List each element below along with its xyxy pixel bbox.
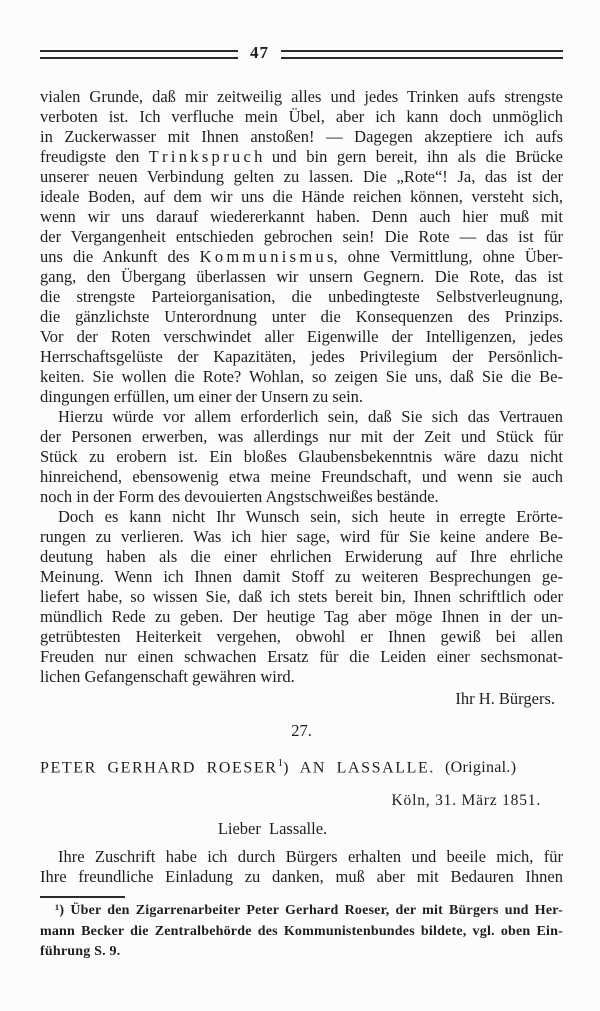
text-line: getrübtesten Heiterkeit vergehen, obwohl… bbox=[40, 627, 563, 647]
text-line: rungen zu verlieren. Was ich hier sage, … bbox=[40, 527, 563, 547]
text-line: Vor der Roten verschwindet aller Eigenwi… bbox=[40, 327, 563, 347]
text-line: freudigste den T r i n k s p r u c h und… bbox=[40, 147, 563, 167]
text-line: unserer neuen Verbindung gelten zu lasse… bbox=[40, 167, 563, 187]
letter-buergers-body: vialen Grunde, daß mir zeitweilig alles … bbox=[40, 87, 563, 687]
text-line: keiten. Sie wollen die Rote? Wohlan, so … bbox=[40, 367, 563, 387]
text-line: Herrschaftsgelüste der Kapazitäten, jede… bbox=[40, 347, 563, 367]
text-line: in Zuckerwasser mit Ihnen anstoßen! — Da… bbox=[40, 127, 563, 147]
letter-heading-sender: PETER GERHARD ROESER bbox=[40, 759, 278, 776]
letter-heading-original-note: (Original.) bbox=[445, 759, 516, 776]
paragraph: Doch es kann nicht Ihr Wunsch sein, sich… bbox=[40, 507, 563, 687]
letter-roeser-body: Ihre Zuschrift habe ich durch Bürgers er… bbox=[40, 847, 563, 887]
text-line: wenn wir uns darauf wiedererkannt haben.… bbox=[40, 207, 563, 227]
text-line: die gänzlichste Unterordnung unter die K… bbox=[40, 307, 563, 327]
text-line: die strengste Parteiorganisation, die un… bbox=[40, 287, 563, 307]
text-line: Hierzu würde vor allem erforderlich sein… bbox=[40, 407, 563, 427]
footnote-separator-rule bbox=[40, 896, 125, 898]
header-rule-right bbox=[281, 50, 563, 59]
text-line: führung S. 9. bbox=[40, 942, 563, 963]
text-line: gang, den Übergang überlassen wir unsern… bbox=[40, 267, 563, 287]
paragraph: Hierzu würde vor allem erforderlich sein… bbox=[40, 407, 563, 507]
text-line: liefert habe, so wissen Sie, daß ich ste… bbox=[40, 587, 563, 607]
running-head: 47 bbox=[40, 44, 563, 64]
text-line: Stück zu erobern ist. Ein bloßes Glauben… bbox=[40, 447, 563, 467]
text-line: ¹) Über den Zigarrenarbeiter Peter Gerha… bbox=[40, 901, 563, 922]
text-line: verboten ist. Ich verfluche mein Übel, a… bbox=[40, 107, 563, 127]
salutation: Lieber Lassalle. bbox=[40, 819, 505, 839]
text-line: der Vergangenheit entschieden gebrochen … bbox=[40, 227, 563, 247]
text-line: Ihre Zuschrift habe ich durch Bürgers er… bbox=[40, 847, 563, 867]
text-line: hinreichend, ebensowenig etwa meine Freu… bbox=[40, 467, 563, 487]
paragraph: vialen Grunde, daß mir zeitweilig alles … bbox=[40, 87, 563, 407]
header-rule-left bbox=[40, 50, 238, 59]
text-line: Meinung. Wenn ich Ihnen damit Stoff zu w… bbox=[40, 567, 563, 587]
text-line: Freuden nur einen schwachen Ersatz für d… bbox=[40, 647, 563, 667]
text-line: mündlich Rede zu geben. Der heutige Tag … bbox=[40, 607, 563, 627]
dateline: Köln, 31. März 1851. bbox=[40, 791, 563, 811]
text-line: dingungen erfüllen, um einer der Unsern … bbox=[40, 387, 563, 407]
text-line: mann Becker die Zentralbehörde des Kommu… bbox=[40, 922, 563, 943]
text-line: vialen Grunde, daß mir zeitweilig alles … bbox=[40, 87, 563, 107]
letter-heading-recipient: ) AN LASSALLE. bbox=[283, 759, 435, 776]
text-line: ideale Boden, auf dem wir uns die Hände … bbox=[40, 187, 563, 207]
letter-heading: PETER GERHARD ROESER1) AN LASSALLE. (Ori… bbox=[40, 753, 563, 778]
text-line: noch in der Form des devouierten Angstsc… bbox=[40, 487, 563, 507]
text-line: der Personen erwerben, was allerdings nu… bbox=[40, 427, 563, 447]
page-number: 47 bbox=[250, 43, 269, 63]
text-line: deutung haben als die einer ehrlichen Er… bbox=[40, 547, 563, 567]
book-page: 47 vialen Grunde, daß mir zeitweilig all… bbox=[0, 0, 600, 1011]
text-line: Ihre freundliche Einladung zu danken, mu… bbox=[40, 867, 563, 887]
text-line: uns die Ankunft des K o m m u n i s m u … bbox=[40, 247, 563, 267]
text-line: Doch es kann nicht Ihr Wunsch sein, sich… bbox=[40, 507, 563, 527]
letter-number: 27. bbox=[40, 721, 563, 741]
footnote: ¹) Über den Zigarrenarbeiter Peter Gerha… bbox=[40, 901, 563, 963]
letter-signature: Ihr H. Bürgers. bbox=[40, 689, 563, 709]
text-line: lichen Gefangenschaft gewähren wird. bbox=[40, 667, 563, 687]
